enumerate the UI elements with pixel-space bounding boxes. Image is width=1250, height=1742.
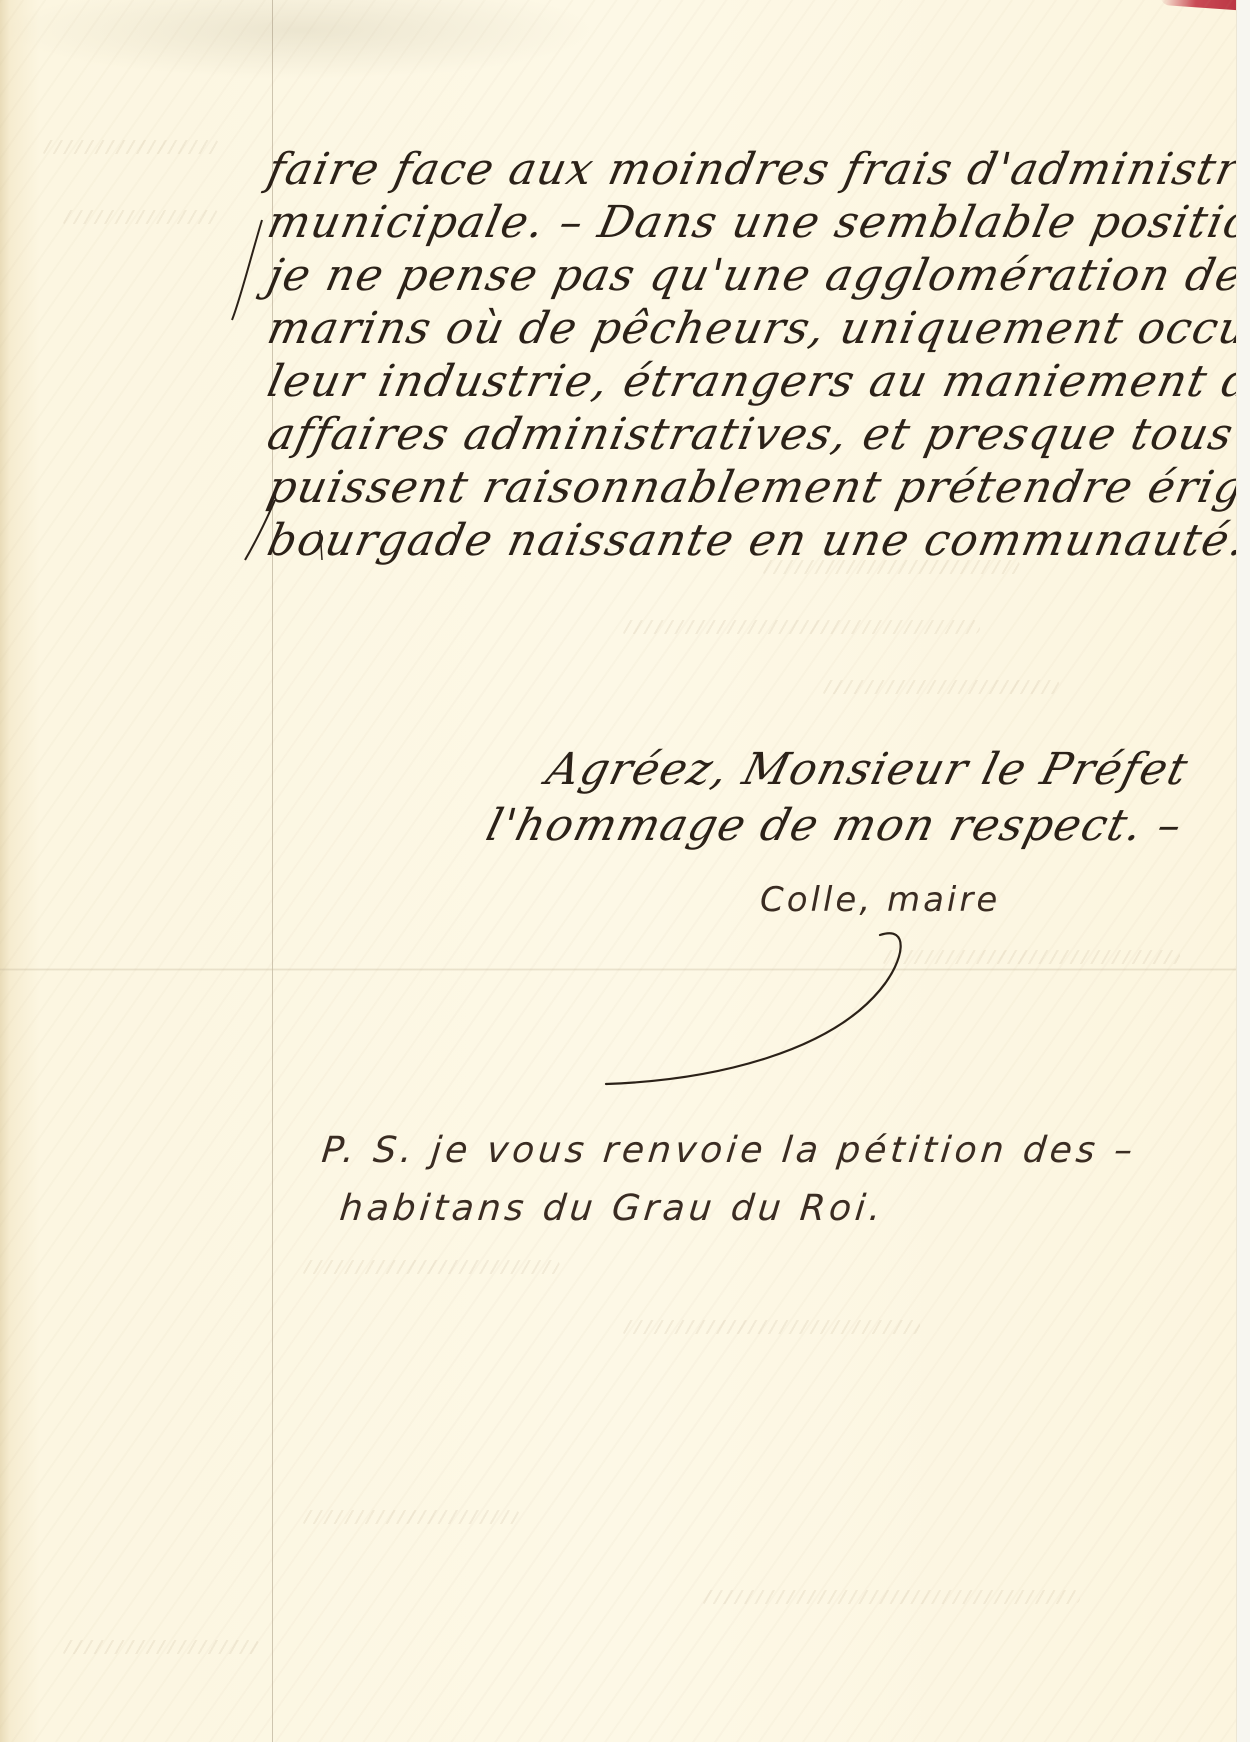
bleed-through-mark bbox=[300, 1260, 560, 1274]
bleed-through-mark bbox=[700, 1590, 1080, 1604]
body-line: marins où de pêcheurs, uniquement occupé… bbox=[262, 299, 1236, 359]
bleed-through-mark bbox=[880, 950, 1180, 964]
body-line: faire face aux moindres frais d'administ… bbox=[262, 140, 1236, 200]
body-line: je ne pense pas qu'une agglomération de bbox=[262, 246, 1236, 306]
red-ribbon-binding bbox=[1160, 0, 1236, 11]
body-line: puissent raisonnablement prétendre érige… bbox=[262, 458, 1236, 518]
paper-fold-crease bbox=[0, 968, 1236, 971]
postscript-line: P. S. je vous renvoie la pétition des – bbox=[320, 1130, 1139, 1171]
signature: Colle, maire bbox=[760, 880, 1000, 920]
bleed-through-mark bbox=[300, 1510, 520, 1524]
bleed-through-mark bbox=[60, 210, 220, 224]
bleed-through-mark bbox=[60, 1640, 260, 1654]
body-line: municipale. – Dans une semblable positio… bbox=[262, 193, 1236, 253]
body-line: affaires administratives, et presque tou… bbox=[262, 405, 1236, 465]
bleed-through-mark bbox=[40, 140, 220, 154]
letter-page: faire face aux moindres frais d'administ… bbox=[0, 0, 1236, 1742]
closing-line: l'hommage de mon respect. – bbox=[480, 796, 1189, 856]
closing-line: Agréez, Monsieur le Préfet bbox=[540, 740, 1195, 800]
bleed-through-mark bbox=[820, 680, 1060, 694]
bleed-through-mark bbox=[620, 620, 980, 634]
scan-background-edge bbox=[1236, 0, 1250, 1742]
body-line: bourgade naissante en une communauté. bbox=[262, 511, 1236, 571]
bleed-through-mark bbox=[620, 1320, 920, 1334]
body-line: leur industrie, étrangers au maniement d… bbox=[262, 352, 1236, 412]
postscript-line: habitans du Grau du Roi. bbox=[338, 1188, 887, 1229]
